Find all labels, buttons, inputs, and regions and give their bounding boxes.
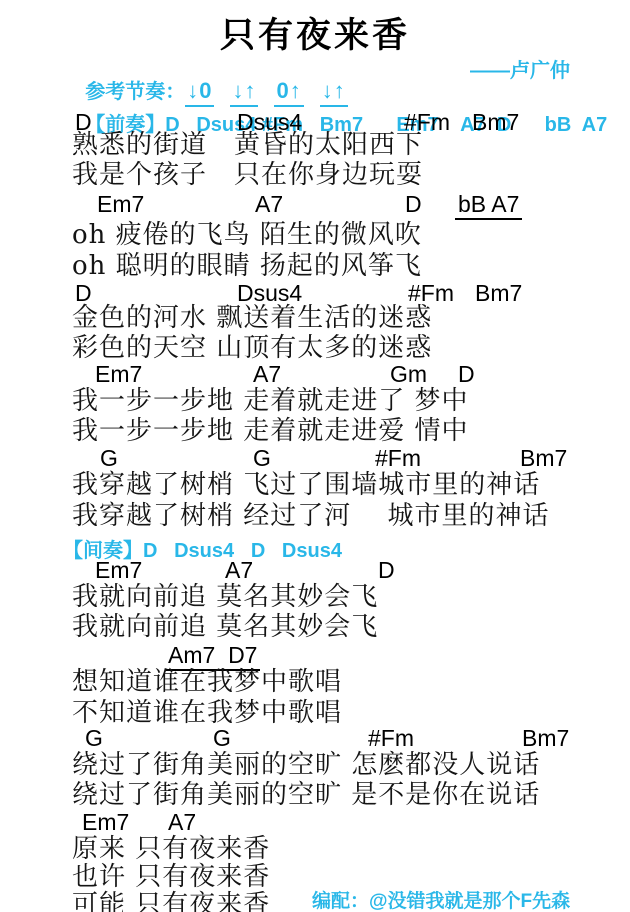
- chord-symbol: D: [458, 362, 475, 386]
- lyric-line: 我穿越了树梢 经过了河 城市里的神话: [72, 501, 550, 531]
- lyric-line: 我就向前追 莫名其妙会飞: [72, 582, 378, 612]
- lyric-line: 熟悉的街道 黄昏的太阳西下: [72, 130, 423, 160]
- chord-symbol: #Fm: [408, 281, 454, 305]
- chord-row: GG#FmBm7: [0, 446, 630, 470]
- chord-row: Em7A7: [0, 810, 630, 834]
- lyric-line: 想知道谁在我梦中歌唱: [72, 667, 342, 697]
- lyric-line: 我穿越了树梢 飞过了围墙城市里的神话: [72, 470, 540, 500]
- chord-symbol: G: [253, 446, 271, 470]
- chord-symbol: A7: [255, 192, 283, 216]
- chord-symbol: G: [213, 726, 231, 750]
- lyric-line: 我一步一步地 走着就走进爱 情中: [72, 416, 469, 446]
- lyric-line: 也许 只有夜来香: [72, 862, 270, 892]
- lyric-line: 绕过了街角美丽的空旷 怎麽都没人说话: [72, 750, 540, 780]
- lyric-line: 金色的河水 飘送着生活的迷惑: [72, 303, 432, 333]
- chord-symbol: Bm7: [520, 446, 567, 470]
- lyric-line: 绕过了街角美丽的空旷 是不是你在说话: [72, 780, 540, 810]
- chord-symbol: Dsus4: [237, 281, 302, 305]
- chord-row: Em7A7GmD: [0, 362, 630, 386]
- chord-symbol: Bm7: [472, 110, 519, 134]
- chord-symbol: A7: [225, 558, 253, 582]
- chord-symbol: Em7: [97, 192, 144, 216]
- chord-row: Em7A7D: [0, 558, 630, 582]
- chord-sheet-page: 只有夜来香 参考节奏：↓0↓↑0↑↓↑ ——卢广仲 【前奏】D Dsus4 #F…: [0, 0, 630, 912]
- chord-symbol: Em7: [95, 362, 142, 386]
- lyric-line: 原来 只有夜来香: [72, 834, 270, 864]
- chord-symbol: Bm7: [475, 281, 522, 305]
- chord-symbol: D: [405, 192, 422, 216]
- lyric-line: 我是个孩子 只在你身边玩耍: [72, 160, 423, 190]
- lyric-line: oh 聪明的眼睛 扬起的风筝飞: [72, 251, 422, 281]
- chord-symbol: A7: [168, 810, 196, 834]
- chord-symbol: #Fm: [368, 726, 414, 750]
- chord-symbol: Em7: [95, 558, 142, 582]
- song-title: 只有夜来香: [0, 8, 630, 58]
- lyric-line: 我就向前追 莫名其妙会飞: [72, 612, 378, 642]
- lyric-line: 不知道谁在我梦中歌唱: [72, 698, 342, 728]
- chord-symbol: #Fm: [375, 446, 421, 470]
- chord-row: GG#FmBm7: [0, 726, 630, 750]
- lyric-line: 可能 只有夜来香: [72, 890, 270, 912]
- artist-credit: ——卢广仲: [470, 54, 570, 83]
- lyric-line: 我一步一步地 走着就走进了 梦中: [72, 386, 469, 416]
- chord-symbol: D: [75, 281, 92, 305]
- chord-row: Am7 D7: [0, 643, 630, 667]
- chord-symbol: Em7: [82, 810, 129, 834]
- chord-symbol: Bm7: [522, 726, 569, 750]
- chord-symbol: G: [85, 726, 103, 750]
- lyric-line: oh 疲倦的飞鸟 陌生的微风吹: [72, 220, 422, 250]
- chord-symbol: bB A7: [455, 192, 522, 220]
- chord-row: DDsus4#FmBm7: [0, 281, 630, 305]
- arranger-credit: 编配：@没错我就是那个F先森: [312, 886, 570, 912]
- lyric-line: 彩色的天空 山顶有太多的迷惑: [72, 333, 432, 363]
- chord-symbol: A7: [253, 362, 281, 386]
- chord-symbol: G: [100, 446, 118, 470]
- chord-row: Em7A7DbB A7: [0, 192, 630, 216]
- chord-symbol: D: [378, 558, 395, 582]
- chord-symbol: Gm: [390, 362, 427, 386]
